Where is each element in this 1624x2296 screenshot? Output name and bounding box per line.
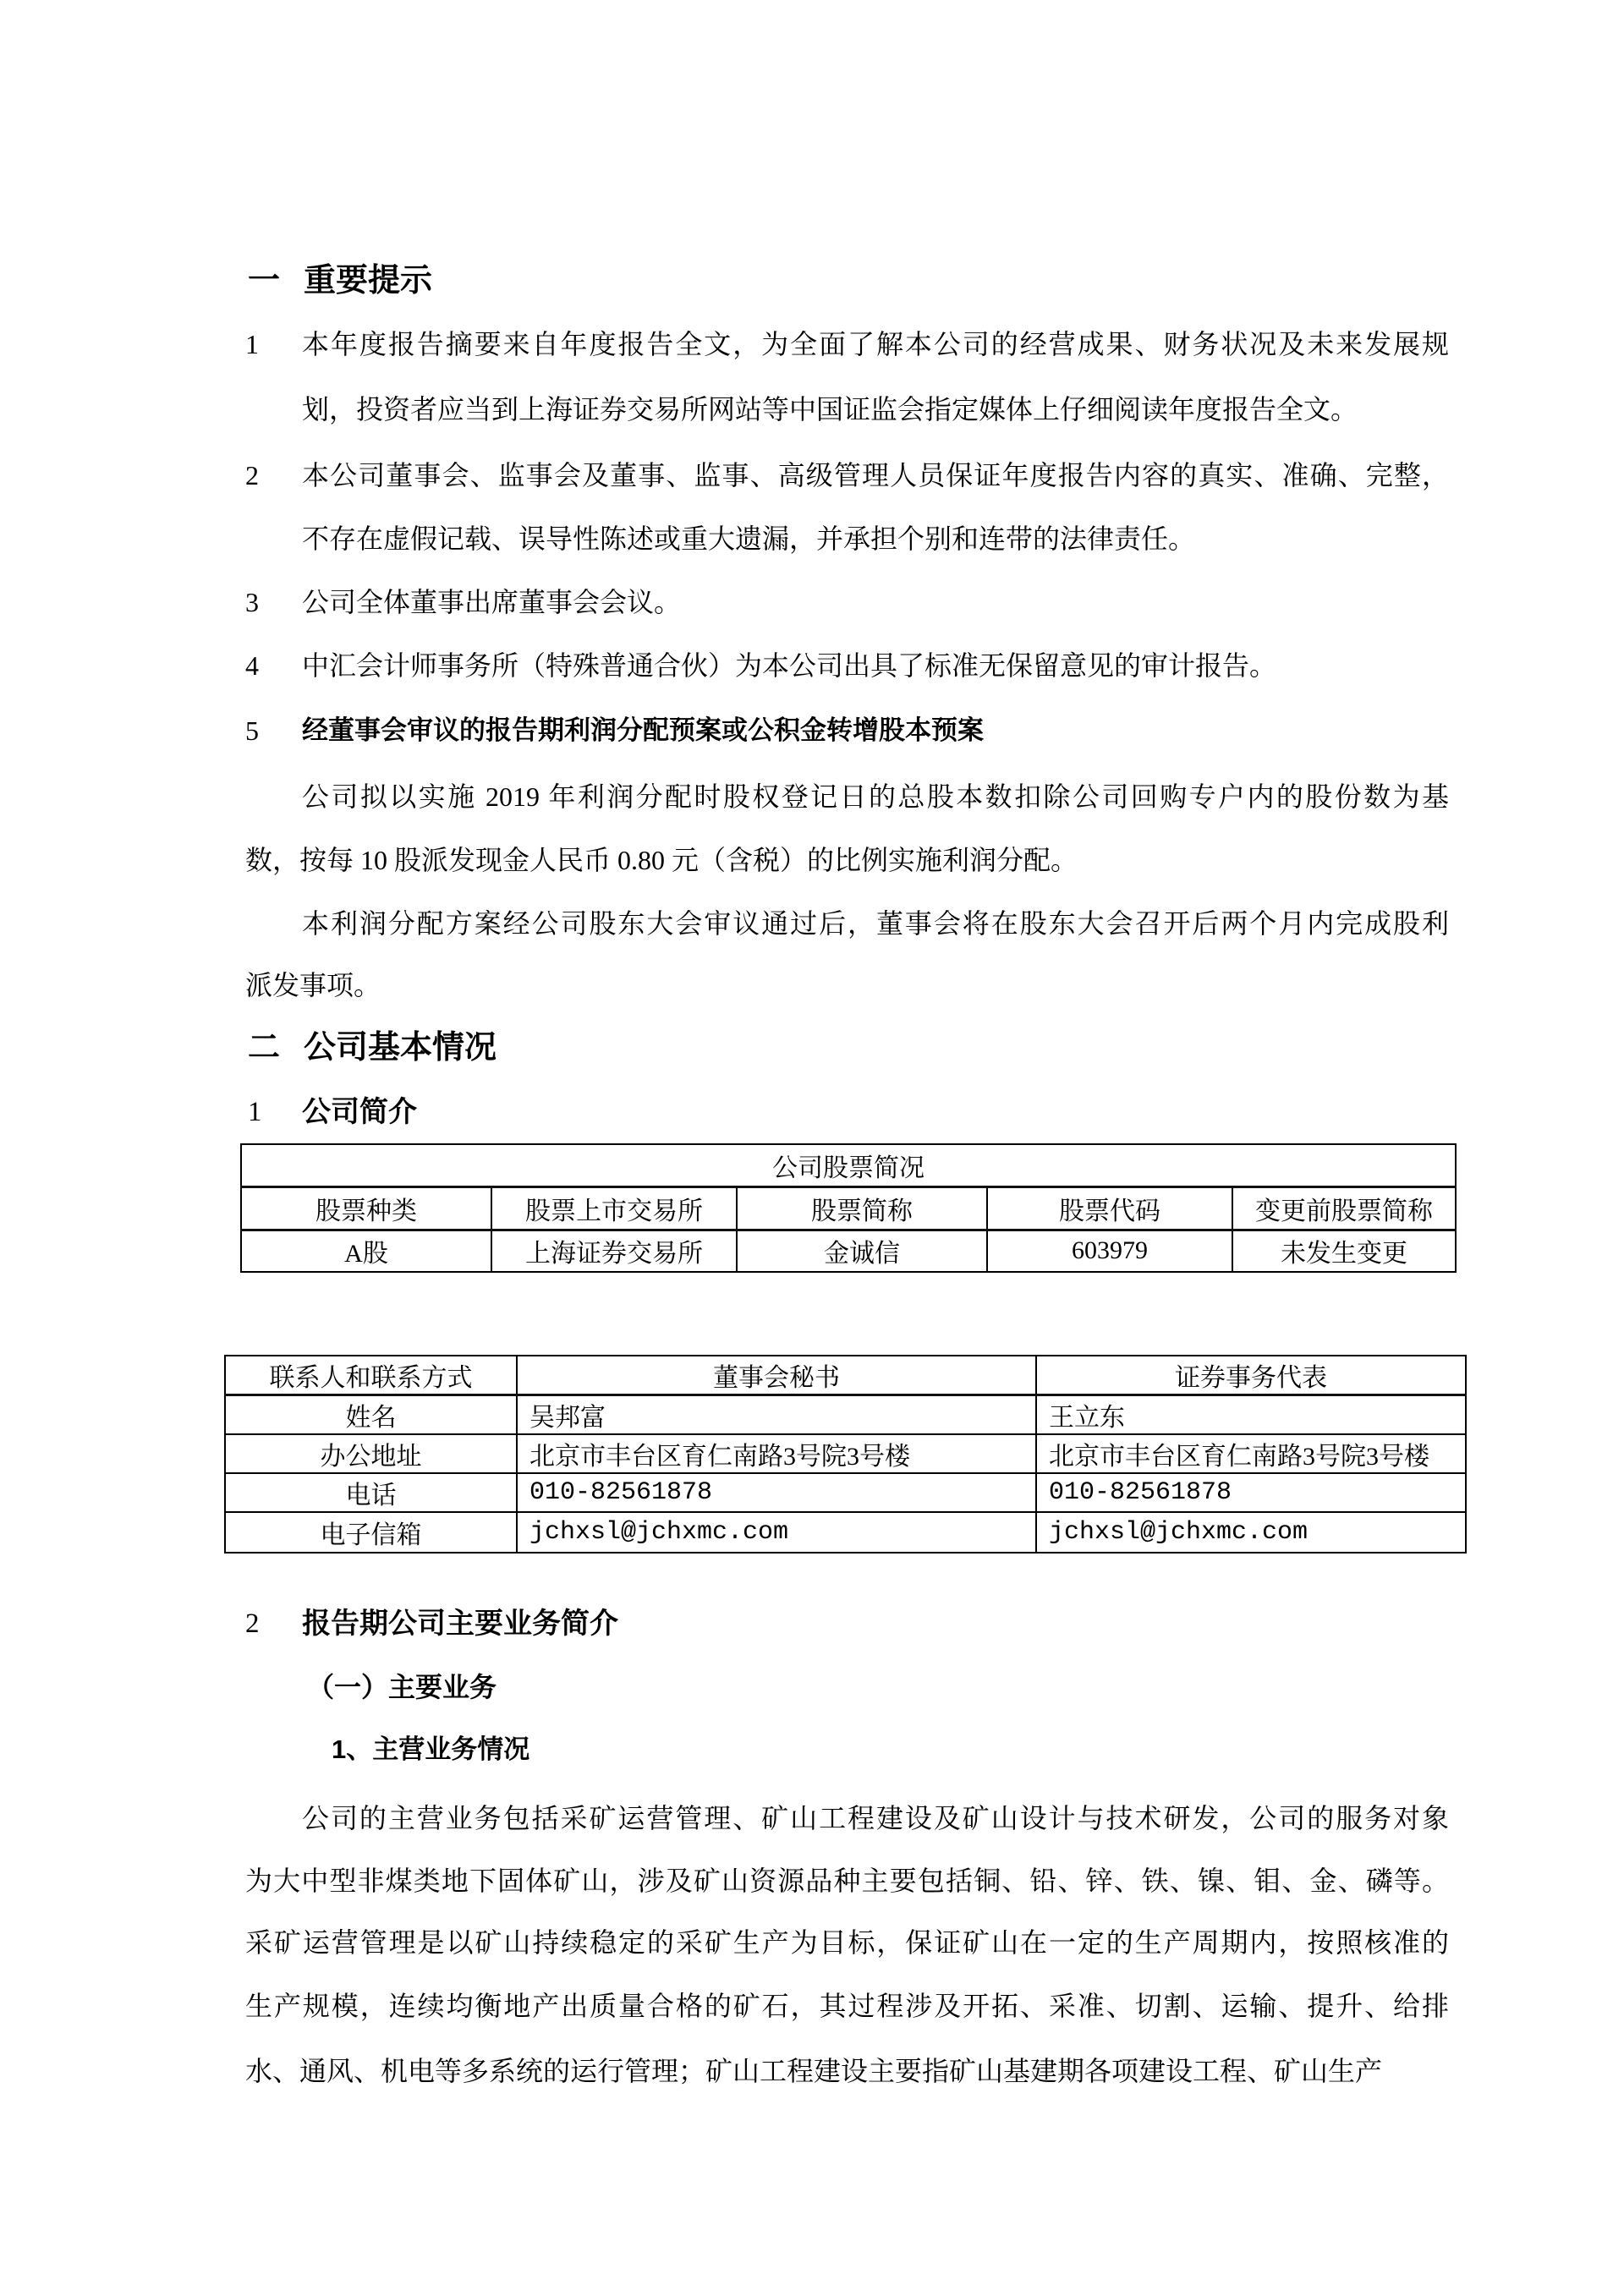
list-item-5-number: 5	[245, 712, 259, 749]
stock-table-header-row: 股票种类 股票上市交易所 股票简称 股票代码 变更前股票简称	[241, 1186, 1456, 1230]
list-item-5-line-1: 经董事会审议的报告期利润分配预案或公积金转增股本预案	[302, 712, 984, 749]
section2-heading-number: 二	[248, 1030, 280, 1066]
rep-name-value: 王立东	[1036, 1395, 1466, 1435]
list-item-1-number: 1	[245, 326, 259, 363]
list-item-4-number: 4	[245, 647, 259, 684]
email-label: 电子信箱	[225, 1512, 517, 1553]
stock-former-name-value: 未发生变更	[1232, 1230, 1456, 1272]
secretary-email-value: jchxsl@jchxmc.com	[517, 1512, 1036, 1553]
securities-rep-header: 证券事务代表	[1036, 1356, 1466, 1395]
business-paragraph-line-3: 采矿运营管理是以矿山持续稳定的采矿生产为目标，保证矿山在一定的生产周期内，按照核…	[245, 1924, 1449, 1961]
list-item-4-line-1: 中汇会计师事务所（特殊普通合伙）为本公司出具了标准无保留意见的审计报告。	[302, 647, 1276, 684]
rep-address-value: 北京市丰台区育仁南路3号院3号楼	[1036, 1434, 1466, 1473]
section1-heading-title: 重要提示	[304, 263, 432, 299]
stock-code-value: 603979	[987, 1230, 1232, 1272]
secretary-address-value: 北京市丰台区育仁南路3号院3号楼	[517, 1434, 1036, 1473]
business-intro-heading-title: 报告期公司主要业务简介	[302, 1605, 618, 1642]
contact-address-row: 办公地址 北京市丰台区育仁南路3号院3号楼 北京市丰台区育仁南路3号院3号楼	[225, 1434, 1466, 1473]
contact-info-table: 联系人和联系方式 董事会秘书 证券事务代表 姓名 吴邦富 王立东 办公地址 北京…	[224, 1355, 1467, 1553]
stock-table-data-row: A股 上海证券交易所 金诚信 603979 未发生变更	[241, 1230, 1456, 1272]
section2-heading: 二公司基本情况	[248, 1027, 497, 1068]
stock-table-title-row: 公司股票简况	[241, 1144, 1456, 1186]
stock-table-title: 公司股票简况	[241, 1144, 1456, 1186]
stock-shortname-value: 金诚信	[737, 1230, 987, 1272]
dividend-paragraph-2-line-1: 本利润分配方案经公司股东大会审议通过后，董事会将在股东大会召开后两个月内完成股利	[302, 905, 1449, 942]
rep-phone-value: 010-82561878	[1036, 1473, 1466, 1512]
dividend-paragraph-1-line-1: 公司拟以实施 2019 年利润分配时股权登记日的总股本数扣除公司回购专户内的股份…	[302, 778, 1449, 815]
board-secretary-header: 董事会秘书	[517, 1356, 1036, 1395]
stock-exchange-value: 上海证券交易所	[491, 1230, 737, 1272]
contact-phone-row: 电话 010-82561878 010-82561878	[225, 1473, 1466, 1512]
dividend-paragraph-1-line-2: 数，按每 10 股派发现金人民币 0.80 元（含税）的比例实施利润分配。	[245, 841, 1078, 879]
name-label: 姓名	[225, 1395, 517, 1435]
main-business-subheading: （一）主要业务	[307, 1669, 497, 1705]
stock-code-header: 股票代码	[987, 1186, 1232, 1230]
stock-former-name-header: 变更前股票简称	[1232, 1186, 1456, 1230]
dividend-paragraph-2-line-2: 派发事项。	[245, 967, 381, 1004]
business-paragraph-line-5: 水、通风、机电等多系统的运行管理；矿山工程建设主要指矿山基建期各项建设工程、矿山…	[245, 2052, 1382, 2090]
contact-method-header: 联系人和联系方式	[225, 1356, 517, 1395]
list-item-1-line-1: 本年度报告摘要来自年度报告全文，为全面了解本公司的经营成果、财务状况及未来发展规	[302, 326, 1449, 363]
contact-name-row: 姓名 吴邦富 王立东	[225, 1395, 1466, 1435]
company-profile-heading-number: 1	[248, 1093, 262, 1131]
section1-heading: 一重要提示	[248, 260, 432, 301]
stock-shortname-header: 股票简称	[737, 1186, 987, 1230]
business-intro-heading-number: 2	[245, 1605, 260, 1642]
list-item-2-line-1: 本公司董事会、监事会及董事、监事、高级管理人员保证年度报告内容的真实、准确、完整…	[302, 457, 1449, 494]
address-label: 办公地址	[225, 1434, 517, 1473]
list-item-1-line-2: 划，投资者应当到上海证券交易所网站等中国证监会指定媒体上仔细阅读年度报告全文。	[302, 391, 1358, 428]
contact-email-row: 电子信箱 jchxsl@jchxmc.com jchxsl@jchxmc.com	[225, 1512, 1466, 1553]
stock-exchange-header: 股票上市交易所	[491, 1186, 737, 1230]
rep-email-value: jchxsl@jchxmc.com	[1036, 1512, 1466, 1553]
contact-table-header-row: 联系人和联系方式 董事会秘书 证券事务代表	[225, 1356, 1466, 1395]
list-item-3-number: 3	[245, 584, 259, 621]
list-item-3-line-1: 公司全体董事出席董事会会议。	[302, 584, 681, 621]
business-paragraph-line-1: 公司的主营业务包括采矿运营管理、矿山工程建设及矿山设计与技术研发，公司的服务对象	[302, 1800, 1449, 1837]
secretary-phone-value: 010-82561878	[517, 1473, 1036, 1512]
list-item-2-line-2: 不存在虚假记载、误导性陈述或重大遗漏，并承担个别和连带的法律责任。	[302, 520, 1195, 557]
company-profile-heading-title: 公司简介	[302, 1093, 417, 1131]
section2-heading-title: 公司基本情况	[304, 1030, 497, 1066]
stock-type-value: A股	[241, 1230, 491, 1272]
business-paragraph-line-2: 为大中型非煤类地下固体矿山，涉及矿山资源品种主要包括铜、铅、锌、铁、镍、钼、金、…	[245, 1862, 1449, 1899]
main-business-status-subheading: 1、主营业务情况	[332, 1732, 529, 1767]
stock-type-header: 股票种类	[241, 1186, 491, 1230]
list-item-2-number: 2	[245, 457, 259, 494]
section1-heading-number: 一	[248, 263, 280, 299]
annual-report-summary-page: 一重要提示 1 本年度报告摘要来自年度报告全文，为全面了解本公司的经营成果、财务…	[0, 0, 1624, 2296]
phone-label: 电话	[225, 1473, 517, 1512]
business-paragraph-line-4: 生产规模，连续均衡地产出质量合格的矿石，其过程涉及开拓、采准、切割、运输、提升、…	[245, 1987, 1449, 2025]
stock-summary-table: 公司股票简况 股票种类 股票上市交易所 股票简称 股票代码 变更前股票简称 A股…	[240, 1143, 1457, 1273]
secretary-name-value: 吴邦富	[517, 1395, 1036, 1435]
